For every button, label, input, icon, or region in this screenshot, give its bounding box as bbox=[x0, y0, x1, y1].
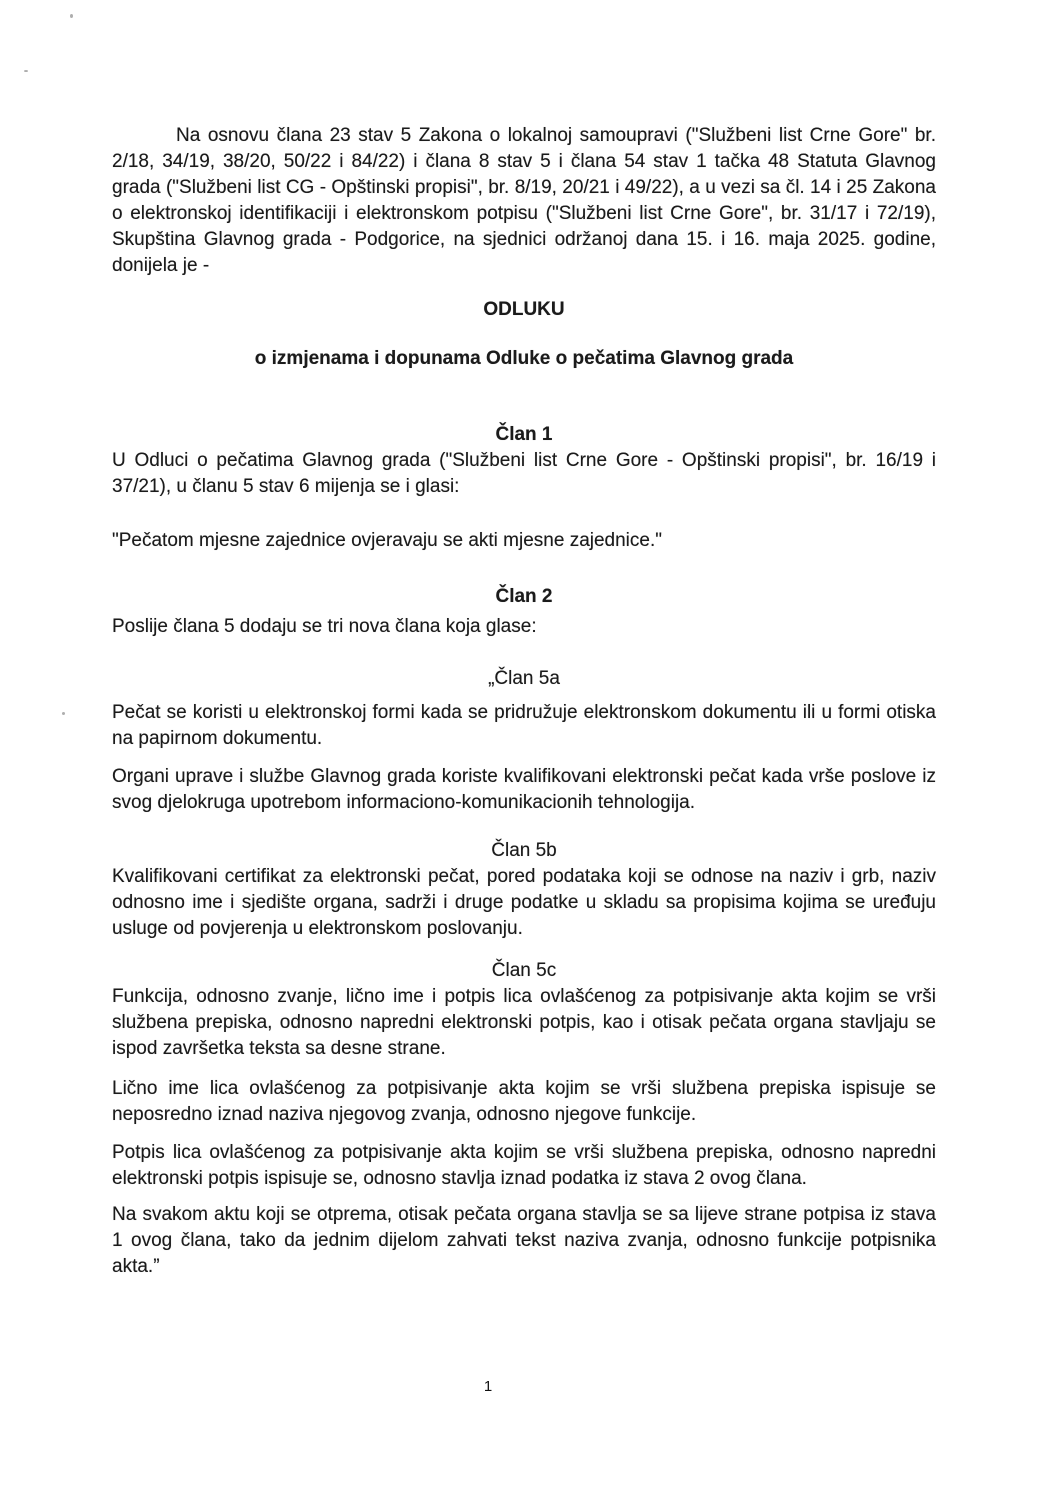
clan-5c-paragraph-2: Lično ime lica ovlašćenog za potpisivanj… bbox=[112, 1076, 936, 1128]
clan-5c-paragraph-3: Potpis lica ovlašćenog za potpisivanje a… bbox=[112, 1140, 936, 1192]
clan-5b-paragraph: Kvalifikovani certifikat za elektronski … bbox=[112, 864, 936, 942]
clan-5c-paragraph-4: Na svakom aktu koji se otprema, otisak p… bbox=[112, 1202, 936, 1280]
heading-clan-5b: Član 5b bbox=[112, 838, 936, 864]
scan-speckle bbox=[24, 70, 28, 72]
clan-5a-paragraph-1: Pečat se koristi u elektronskoj formi ka… bbox=[112, 700, 936, 752]
page-number: 1 bbox=[0, 1378, 976, 1395]
clan-5c-paragraph-1: Funkcija, odnosno zvanje, lično ime i po… bbox=[112, 984, 936, 1062]
clan-5a-paragraph-2: Organi uprave i službe Glavnog grada kor… bbox=[112, 764, 936, 816]
decision-title: ODLUKU bbox=[112, 297, 936, 323]
scan-speckle bbox=[70, 14, 73, 18]
scanned-document-page: Na osnovu člana 23 stav 5 Zakona o lokal… bbox=[0, 0, 1058, 1497]
clan-1-paragraph: U Odluci o pečatima Glavnog grada ("Služ… bbox=[112, 448, 936, 500]
heading-clan-5c: Član 5c bbox=[112, 958, 936, 984]
decision-subtitle: o izmjenama i dopunama Odluke o pečatima… bbox=[112, 346, 936, 372]
heading-clan-2: Član 2 bbox=[112, 584, 936, 610]
intro-paragraph: Na osnovu člana 23 stav 5 Zakona o lokal… bbox=[112, 123, 936, 279]
heading-clan-5a: „Član 5a bbox=[112, 666, 936, 692]
clan-2-paragraph: Poslije člana 5 dodaju se tri nova člana… bbox=[112, 614, 936, 640]
scan-speckle bbox=[62, 712, 65, 715]
document-body: Na osnovu člana 23 stav 5 Zakona o lokal… bbox=[112, 123, 936, 1280]
heading-clan-1: Član 1 bbox=[112, 422, 936, 448]
clan-1-quote-paragraph: "Pečatom mjesne zajednice ovjeravaju se … bbox=[112, 528, 936, 554]
